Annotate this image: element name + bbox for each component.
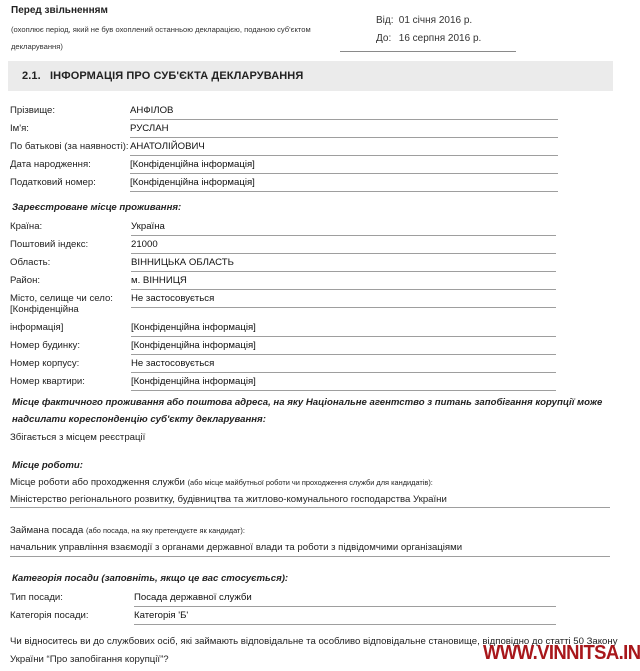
actual-address-heading-line2: надсилати кореспонденцію суб'єкту деклар…: [12, 414, 266, 425]
period-to: До: 16 серпня 2016 р.: [376, 30, 481, 48]
workplace-underline: [10, 507, 610, 508]
before-dismissal-note: (охоплює період, який не був охоплений о…: [11, 21, 346, 55]
workplace-value: Міністерство регіонального розвитку, буд…: [10, 494, 447, 505]
section-title: 2.1.ІНФОРМАЦІЯ ПРО СУБ'ЄКТА ДЕКЛАРУВАННЯ: [22, 70, 303, 82]
workplace-heading: Місце роботи:: [12, 460, 83, 471]
watermark: WWW.VINNITSA.INFO: [483, 640, 640, 665]
category-heading: Категорія посади (заповніть, якщо це вас…: [12, 573, 288, 584]
declaration-period: Від: 01 січня 2016 р. До: 16 серпня 2016…: [376, 12, 481, 48]
question-line2: України “Про запобігання корупції”?: [10, 654, 169, 665]
actual-address-heading-line1: Місце фактичного проживання або поштова …: [12, 397, 602, 408]
registered-address-heading: Зареєстроване місце проживання:: [12, 202, 181, 213]
period-underline: [340, 51, 516, 52]
actual-address-value: Збігається з місцем реєстрації: [10, 432, 145, 443]
position-underline: [10, 556, 610, 557]
field-street-label-line1: [Конфіденційна: [10, 304, 79, 315]
position-value: начальник управління взаємодії з органам…: [10, 542, 462, 553]
workplace-label: Місце роботи або проходження служби (або…: [10, 477, 433, 488]
before-dismissal-title: Перед звільненням: [11, 5, 108, 16]
position-label: Займана посада (або посада, на яку прете…: [10, 525, 245, 536]
period-from: Від: 01 січня 2016 р.: [376, 12, 481, 30]
